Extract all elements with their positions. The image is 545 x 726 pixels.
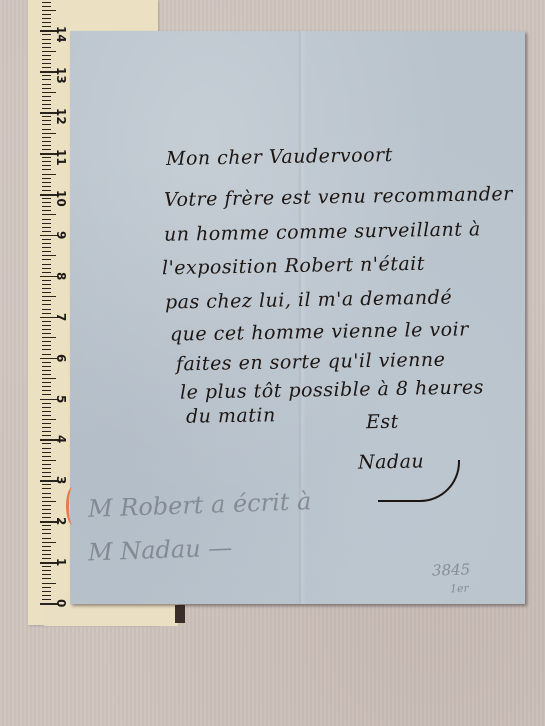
ruler-tick	[42, 137, 51, 138]
ruler-tick	[42, 448, 51, 449]
letter-line: que cet homme vienne le voir	[170, 318, 469, 345]
ruler-tick	[42, 206, 51, 207]
ruler-tick	[42, 75, 51, 76]
ruler-tick	[42, 570, 51, 571]
ruler-tick	[42, 104, 51, 105]
ruler-tick	[42, 378, 56, 379]
ruler-tick	[42, 63, 51, 64]
ruler-tick	[42, 169, 51, 170]
ruler-tick	[42, 2, 51, 3]
ruler-tick	[42, 509, 51, 510]
ruler-tick	[42, 6, 51, 7]
ruler-tick	[42, 411, 51, 412]
ruler-tick	[42, 587, 51, 588]
ruler-tick	[42, 329, 51, 330]
ruler-tick	[42, 84, 51, 85]
ruler-tick-label: 14	[54, 26, 68, 43]
red-pencil-mark	[66, 487, 79, 525]
letter-line: du matin	[186, 404, 276, 428]
ruler-tick	[42, 349, 51, 350]
ruler-tick	[42, 566, 51, 567]
ruler-tick	[42, 108, 51, 109]
ruler-tick-label: 10	[54, 190, 68, 207]
ruler-tick	[42, 202, 51, 203]
ruler-tick	[42, 460, 56, 461]
ruler-tick	[42, 174, 56, 175]
ruler-tick	[42, 476, 51, 477]
ruler-tick-label: 13	[54, 67, 68, 84]
ruler-tick	[42, 484, 51, 485]
ruler-tick	[42, 517, 51, 518]
ruler-tick	[42, 268, 51, 269]
ruler-tick	[42, 341, 51, 342]
ruler-tick	[42, 366, 51, 367]
ruler-tick	[42, 427, 51, 428]
ruler-tick	[42, 55, 51, 56]
ruler-tick	[42, 595, 51, 596]
ruler-tick	[42, 190, 51, 191]
ruler-tick	[42, 210, 51, 211]
ruler-tick	[42, 493, 51, 494]
ruler-tick	[42, 464, 51, 465]
ruler-tick	[42, 92, 56, 93]
ruler-tick	[42, 239, 51, 240]
ruler-tick	[42, 550, 51, 551]
ruler-tick	[42, 34, 51, 35]
ruler-tick	[42, 456, 51, 457]
letter-line: pas chez lui, il m'a demandé	[165, 286, 452, 313]
ruler-tick	[42, 423, 51, 424]
ruler-tick	[42, 525, 51, 526]
letter-line: Votre frère est venu recommander	[164, 183, 513, 211]
letter-line: faites en sorte qu'il vienne	[176, 349, 446, 376]
ruler-tick	[42, 546, 51, 547]
ruler-tick	[42, 149, 51, 150]
ruler-tick-label: 5	[54, 395, 68, 403]
ruler-tick	[42, 18, 51, 19]
ruler-tick	[42, 382, 51, 383]
ruler-tick	[42, 161, 51, 162]
ruler-tick	[42, 186, 51, 187]
pencil-note-line2: M Nadau —	[88, 533, 233, 566]
letter-paper: Mon cher Vaudervoort Votre frère est ven…	[70, 31, 525, 604]
letter-line: le plus tôt possible à 8 heures	[180, 376, 484, 403]
ruler-tick-label: 2	[54, 517, 68, 525]
ruler-tick	[42, 554, 51, 555]
pencil-note-line1: M Robert a écrit à	[88, 487, 312, 523]
ruler-tick	[42, 583, 56, 584]
ruler-tick	[42, 501, 56, 502]
ruler-tick	[42, 272, 51, 273]
ruler-tick	[42, 47, 51, 48]
ruler-tick	[42, 59, 51, 60]
ruler-tick	[42, 214, 56, 215]
ruler-tick	[42, 345, 51, 346]
ruler-tick	[42, 419, 56, 420]
ruler-tick	[42, 259, 51, 260]
ruler-tick	[42, 292, 51, 293]
ruler-tick-label: 3	[54, 476, 68, 484]
ruler-tick	[42, 533, 51, 534]
ruler-tick	[42, 497, 51, 498]
letter-line: l'exposition Robert n'était	[162, 253, 425, 280]
ruler-tick	[42, 407, 51, 408]
ruler-tick	[42, 309, 51, 310]
ruler-tick	[42, 337, 56, 338]
ruler-tick	[42, 488, 51, 489]
ruler-tick	[42, 431, 51, 432]
letter-salutation: Mon cher Vaudervoort	[166, 144, 393, 170]
ruler-tick-label: 0	[54, 599, 68, 607]
ruler-tick	[42, 468, 51, 469]
ruler-tick	[42, 505, 51, 506]
ruler-tick	[42, 374, 51, 375]
ruler-tick	[42, 178, 51, 179]
ruler-tick-label: 1	[54, 558, 68, 566]
ruler-tick	[42, 223, 51, 224]
ruler-tick	[42, 22, 51, 23]
ruler-tick	[42, 472, 51, 473]
ruler-tick	[42, 88, 51, 89]
ruler-tick-label: 8	[54, 272, 68, 280]
ruler-tick	[42, 390, 51, 391]
ruler-tick	[42, 255, 56, 256]
ruler-tick	[42, 231, 51, 232]
ruler-tick	[42, 79, 51, 80]
ruler-tick	[42, 129, 51, 130]
ruler-tick	[42, 288, 51, 289]
ruler-tick	[42, 591, 51, 592]
ruler-tick	[42, 394, 51, 395]
ruler-tick	[42, 96, 51, 97]
ruler-tick	[42, 284, 51, 285]
ruler-tick	[42, 141, 51, 142]
letter-closing: Est	[366, 411, 399, 434]
ruler-tick	[42, 247, 51, 248]
ruler-tick	[42, 599, 51, 600]
ruler-tick	[42, 133, 56, 134]
ruler-end-cap	[175, 605, 185, 623]
ruler-tick	[42, 10, 56, 11]
ruler-tick	[42, 325, 51, 326]
ruler-tick	[42, 251, 51, 252]
ruler-tick	[42, 435, 51, 436]
ruler-tick	[42, 264, 51, 265]
ruler-tick	[42, 67, 51, 68]
ruler-tick	[42, 333, 51, 334]
ruler-tick	[42, 51, 56, 52]
ruler-tick-label: 6	[54, 354, 68, 362]
pencil-catalog-sub: 1er	[450, 582, 469, 596]
ruler-tick-label: 4	[54, 435, 68, 443]
ruler-tick	[42, 538, 51, 539]
ruler-tick	[42, 403, 51, 404]
ruler-tick	[42, 43, 51, 44]
ruler-tick-label: 9	[54, 231, 68, 239]
ruler-tick	[42, 145, 51, 146]
ruler-tick	[42, 529, 51, 530]
ruler-tick	[42, 157, 51, 158]
ruler-tick-label: 7	[54, 313, 68, 321]
ruler-tick	[42, 182, 51, 183]
ruler-tick	[42, 304, 51, 305]
ruler-tick-label: 12	[54, 108, 68, 125]
ruler-tick	[42, 370, 51, 371]
ruler-tick	[42, 124, 51, 125]
ruler-tick	[42, 321, 51, 322]
ruler-tick	[42, 39, 51, 40]
ruler-tick	[42, 100, 51, 101]
ruler-tick	[42, 165, 51, 166]
ruler-tick	[42, 14, 51, 15]
ruler-tick	[42, 386, 51, 387]
photo-scene: 01234567891011121314 Mon cher Vaudervoor…	[0, 0, 545, 726]
letter-line: un homme comme surveillant à	[164, 218, 481, 246]
ruler-ticks	[30, 0, 62, 605]
ruler-tick	[42, 578, 51, 579]
ruler-tick	[42, 558, 51, 559]
ruler-tick	[42, 452, 51, 453]
ruler-tick	[42, 362, 51, 363]
ruler-tick	[42, 243, 51, 244]
ruler-tick-label: 11	[54, 149, 68, 166]
ruler-tick	[42, 198, 51, 199]
ruler-tick	[42, 542, 56, 543]
ruler-tick	[42, 296, 56, 297]
ruler-tick	[42, 26, 51, 27]
ruler-tick	[42, 415, 51, 416]
ruler-tick	[42, 313, 51, 314]
pencil-catalog-number: 3845	[432, 560, 471, 579]
ruler-tick	[42, 120, 51, 121]
ruler-tick	[42, 116, 51, 117]
ruler-tick	[42, 227, 51, 228]
ruler-tick	[42, 219, 51, 220]
ruler-tick	[42, 280, 51, 281]
ruler-tick	[42, 300, 51, 301]
ruler-tick	[42, 574, 51, 575]
ruler-tick	[42, 513, 51, 514]
ruler-tick	[42, 354, 51, 355]
ruler-tick	[42, 443, 51, 444]
